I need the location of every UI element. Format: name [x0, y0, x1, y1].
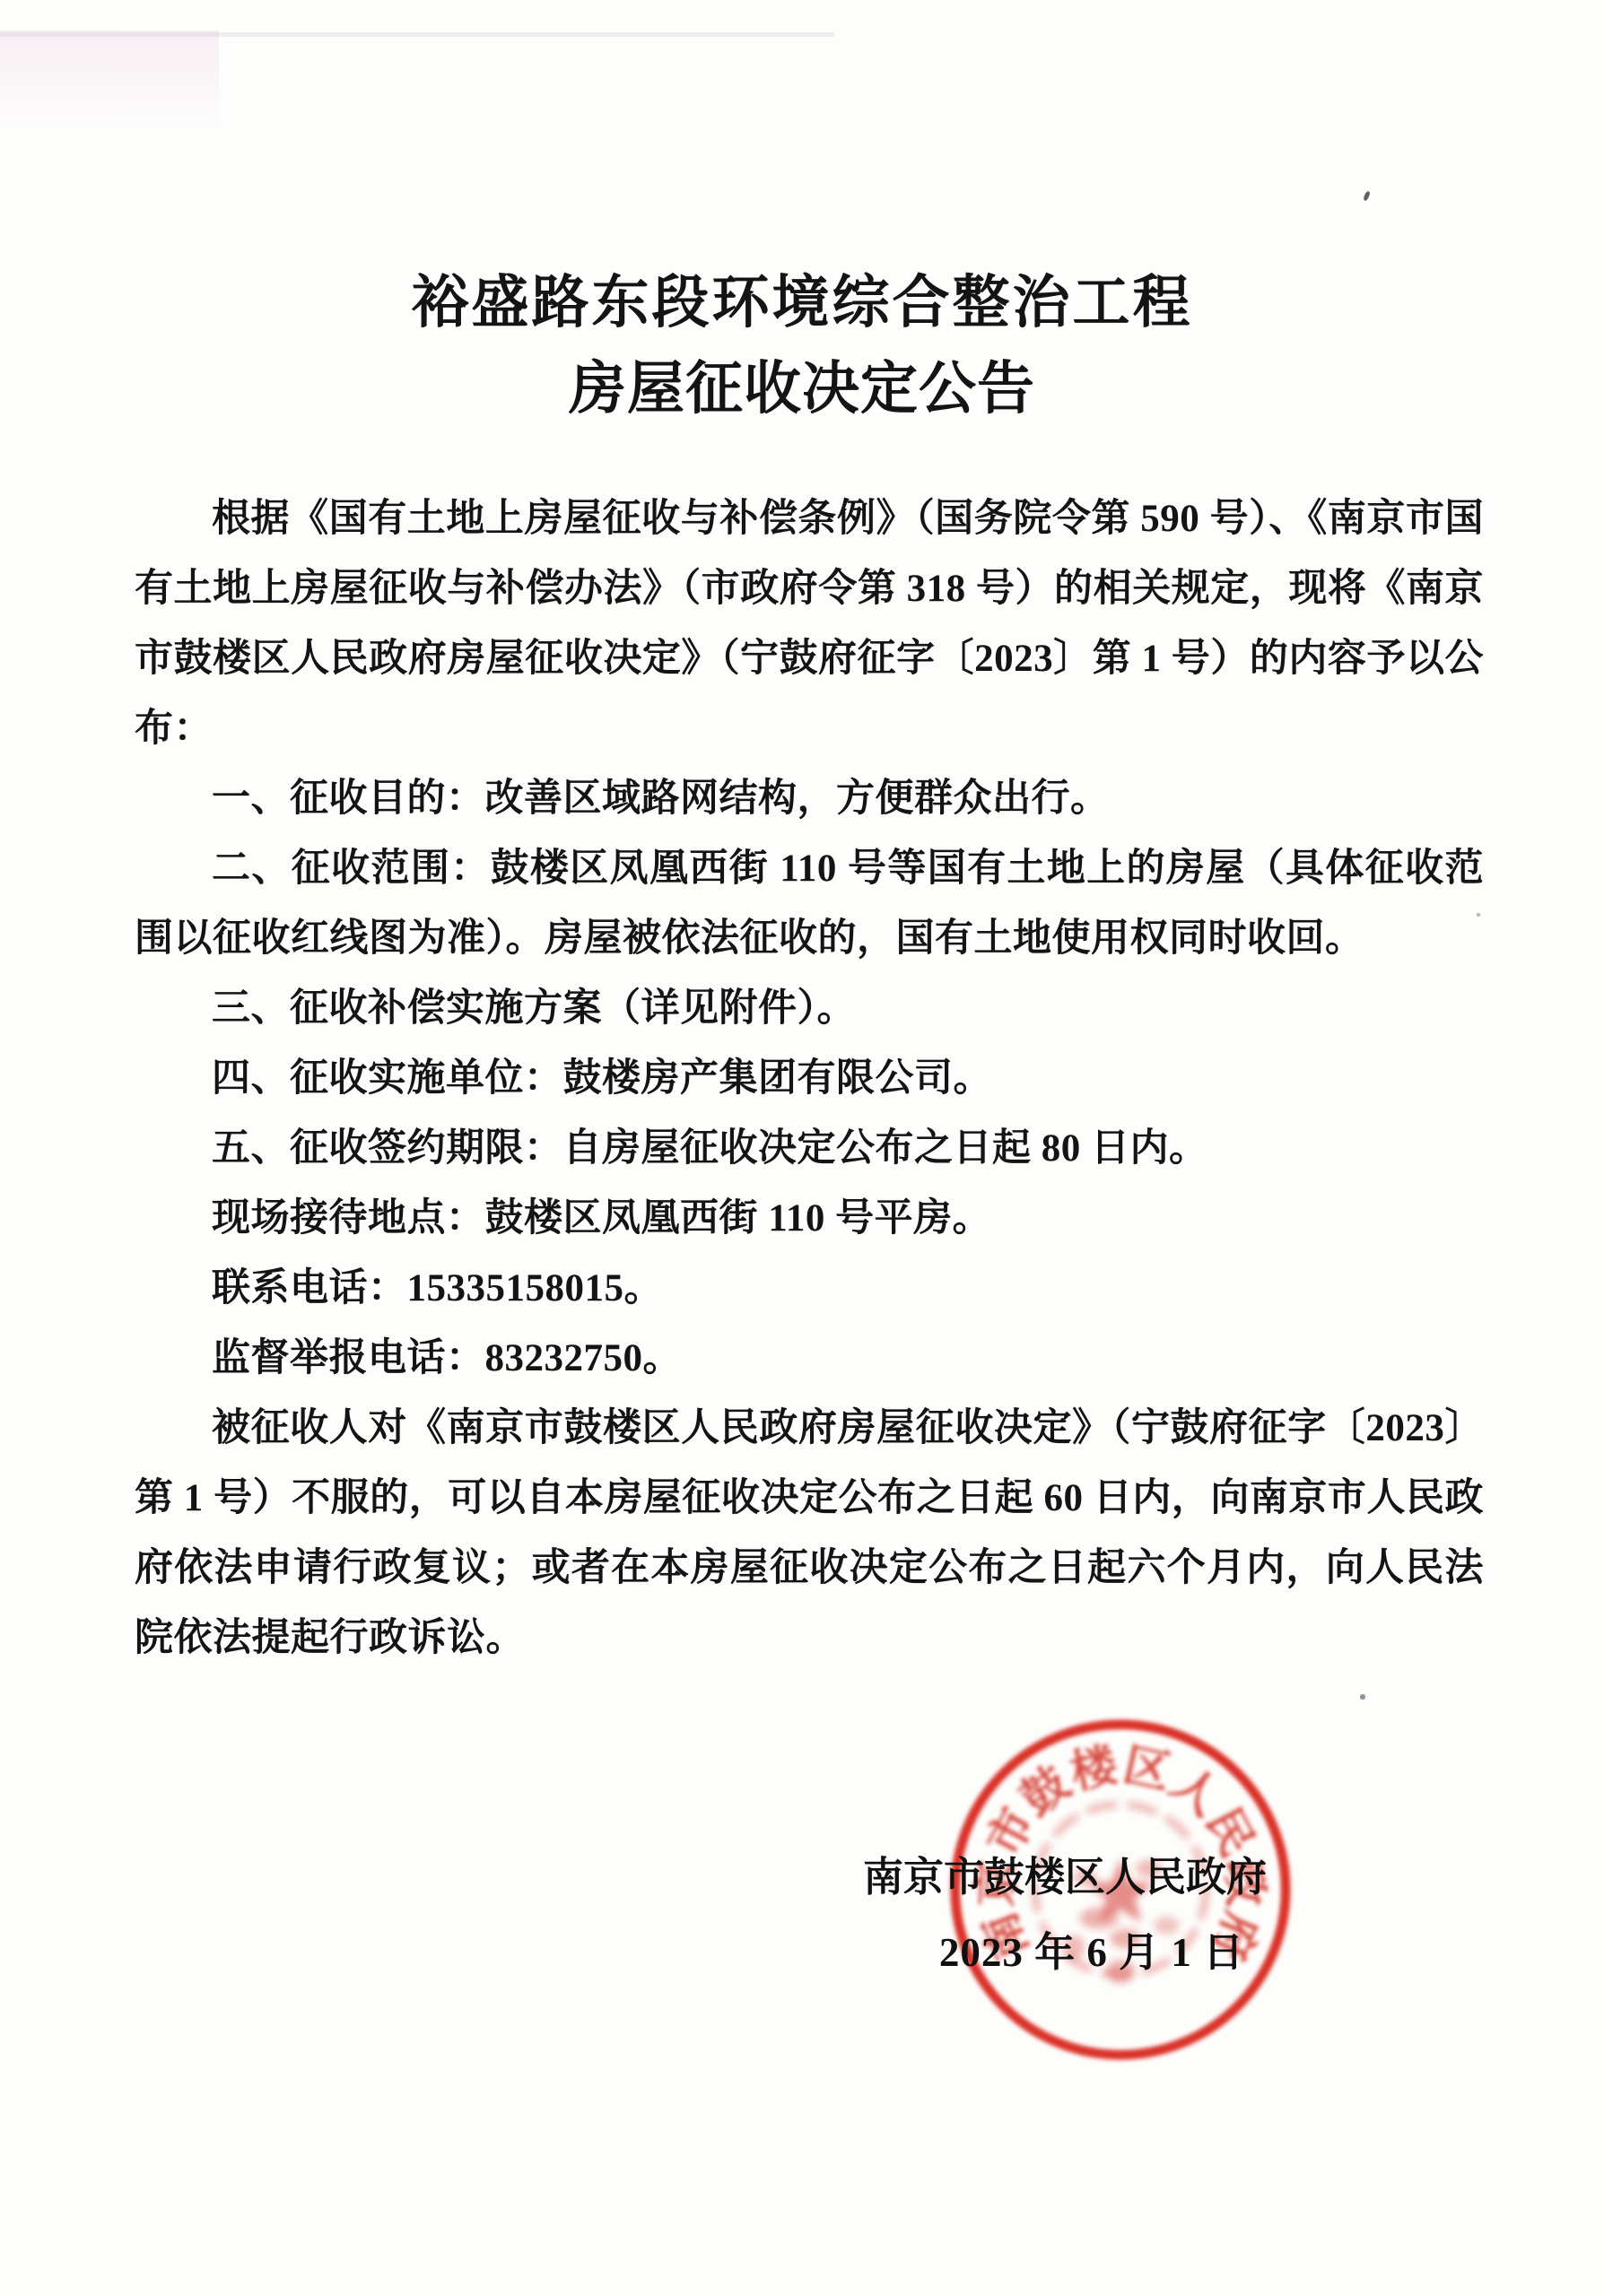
item-3-compensation-plan: 三、征收补偿实施方案（详见附件）。 — [135, 974, 1484, 1044]
title-line-1: 裕盛路东段环境综合整治工程 — [0, 260, 1604, 346]
reception-address: 现场接待地点：鼓楼区凤凰西街 110 号平房。 — [135, 1184, 1484, 1254]
document-title: 裕盛路东段环境综合整治工程 房屋征收决定公告 — [0, 0, 1604, 432]
svg-text:楼: 楼 — [1066, 1739, 1122, 1799]
paragraph-legal-remedy: 被征收人对《南京市鼓楼区人民政府房屋征收决定》（宁鼓府征字〔2023〕第 1 号… — [135, 1394, 1484, 1674]
item-4-implementing-unit: 四、征收实施单位：鼓楼房产集团有限公司。 — [135, 1044, 1484, 1114]
scan-speck — [1360, 1694, 1365, 1700]
announcement-page: 裕盛路东段环境综合整治工程 房屋征收决定公告 根据《国有土地上房屋征收与补偿条例… — [0, 0, 1604, 2296]
item-5-signing-period: 五、征收签约期限：自房屋征收决定公布之日起 80 日内。 — [135, 1114, 1484, 1184]
paragraph-basis: 根据《国有土地上房屋征收与补偿条例》（国务院令第 590 号）、《南京市国有土地… — [135, 484, 1484, 764]
signature-issuer: 南京市鼓楼区人民政府 — [859, 1844, 1271, 1902]
item-1-purpose: 一、征收目的：改善区域路网结构，方便群众出行。 — [135, 764, 1484, 834]
signature-date: 2023 年 6 月 1 日 — [885, 1919, 1298, 1978]
title-line-2: 房屋征收决定公告 — [0, 346, 1604, 432]
contact-phone: 联系电话：15335158015。 — [135, 1254, 1484, 1324]
item-2-scope: 二、征收范围：鼓楼区凤凰西街 110 号等国有土地上的房屋（具体征收范围以征收红… — [135, 834, 1484, 974]
supervision-phone: 监督举报电话：83232750。 — [135, 1324, 1484, 1394]
document-body: 根据《国有土地上房屋征收与补偿条例》（国务院令第 590 号）、《南京市国有土地… — [135, 484, 1484, 1674]
scan-speck — [1477, 913, 1480, 917]
